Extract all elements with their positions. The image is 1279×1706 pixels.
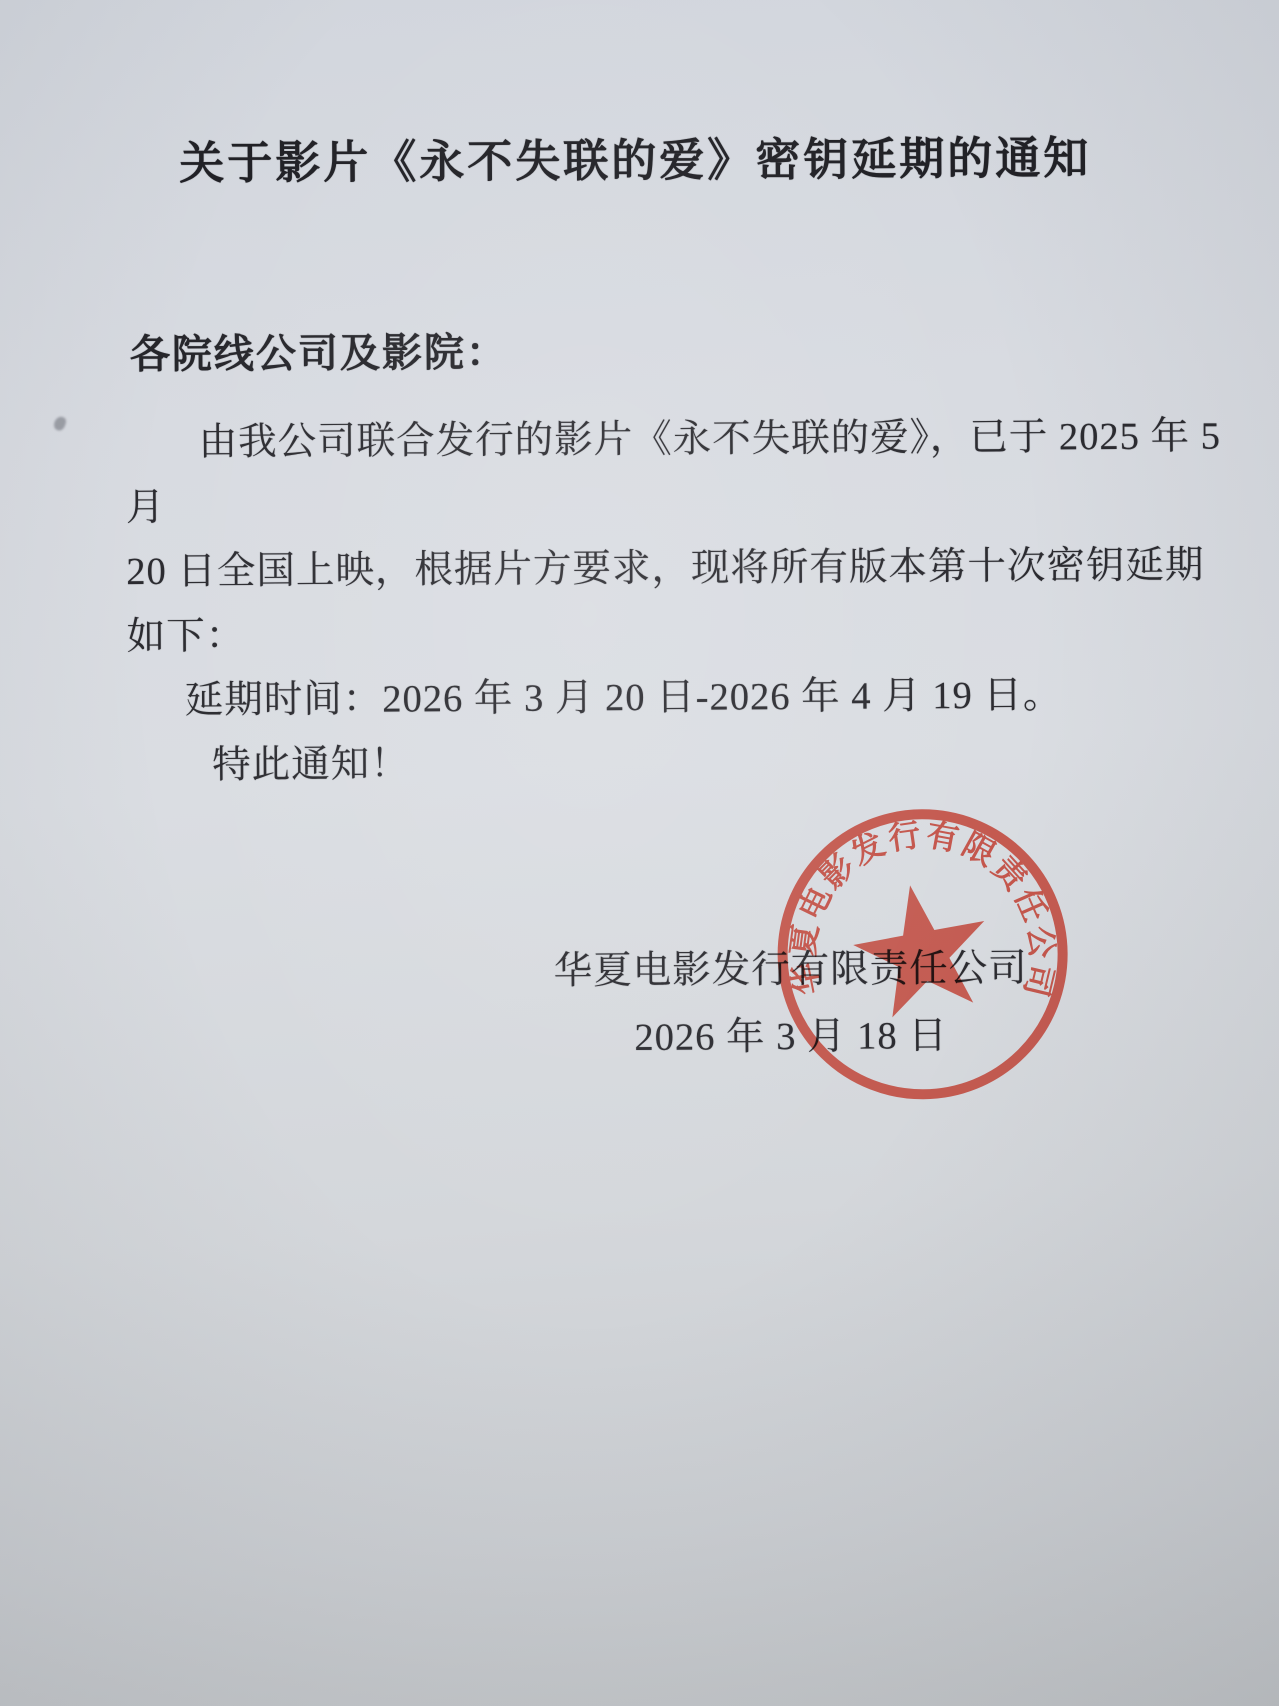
star-icon (845, 873, 999, 1021)
body-line: 特此通知！ (127, 727, 1223, 798)
notice-page: 关于影片《永不失联的爱》密钥延期的通知 各院线公司及影院： 由我公司联合发行的影… (0, 0, 1279, 1706)
body-line: 由我公司联合发行的影片《永不失联的爱》，已于 2025 年 5 月 (125, 404, 1222, 540)
body-line: 延期时间：2026 年 3 月 20 日-2026 年 4 月 19 日。 (127, 662, 1223, 733)
recipient-line: 各院线公司及影院： (130, 321, 508, 380)
page-title: 关于影片《永不失联的爱》密钥延期的通知 (0, 120, 1275, 193)
notice-body: 由我公司联合发行的影片《永不失联的爱》，已于 2025 年 5 月 20 日全国… (125, 404, 1223, 798)
paper-speck (52, 415, 67, 432)
company-seal-stamp: 华夏电影发行有限责任公司 (766, 797, 1080, 1111)
document-photo: 关于影片《永不失联的爱》密钥延期的通知 各院线公司及影院： 由我公司联合发行的影… (0, 0, 1279, 1706)
body-line: 20 日全国上映，根据片方要求，现将所有版本第十次密钥延期如下： (126, 533, 1223, 669)
